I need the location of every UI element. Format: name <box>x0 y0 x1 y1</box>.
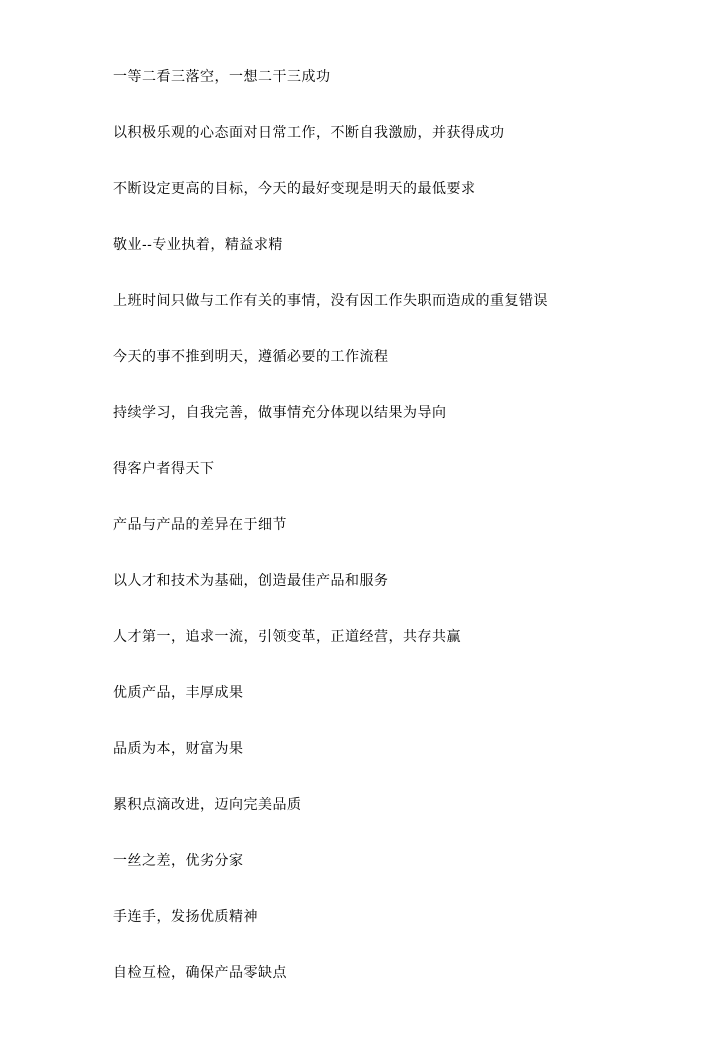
text-line: 持续学习，自我完善，做事情充分体现以结果为导向 <box>113 403 681 459</box>
text-line: 优质产品，丰厚成果 <box>113 683 681 739</box>
text-line: 敬业--专业执着，精益求精 <box>113 235 681 291</box>
text-line: 今天的事不推到明天，遵循必要的工作流程 <box>113 347 681 403</box>
text-line: 以人才和技术为基础，创造最佳产品和服务 <box>113 571 681 627</box>
text-line: 累积点滴改进，迈向完美品质 <box>113 795 681 851</box>
text-line: 自检互检，确保产品零缺点 <box>113 963 681 1019</box>
text-line: 得客户者得天下 <box>113 459 681 515</box>
text-line: 人才第一，追求一流，引领变革，正道经营，共存共赢 <box>113 627 681 683</box>
text-line: 以积极乐观的心态面对日常工作，不断自我激励，并获得成功 <box>113 123 681 179</box>
text-line: 上班时间只做与工作有关的事情，没有因工作失职而造成的重复错误 <box>113 291 681 347</box>
text-line: 一丝之差，优劣分家 <box>113 851 681 907</box>
text-line: 不断设定更高的目标，今天的最好变现是明天的最低要求 <box>113 179 681 235</box>
text-line: 一等二看三落空，一想二干三成功 <box>113 67 681 123</box>
text-line: 手连手，发扬优质精神 <box>113 907 681 963</box>
document-page: 一等二看三落空，一想二干三成功 以积极乐观的心态面对日常工作，不断自我激励，并获… <box>0 0 721 1050</box>
text-line: 品质为本，财富为果 <box>113 739 681 795</box>
text-line: 产品与产品的差异在于细节 <box>113 515 681 571</box>
